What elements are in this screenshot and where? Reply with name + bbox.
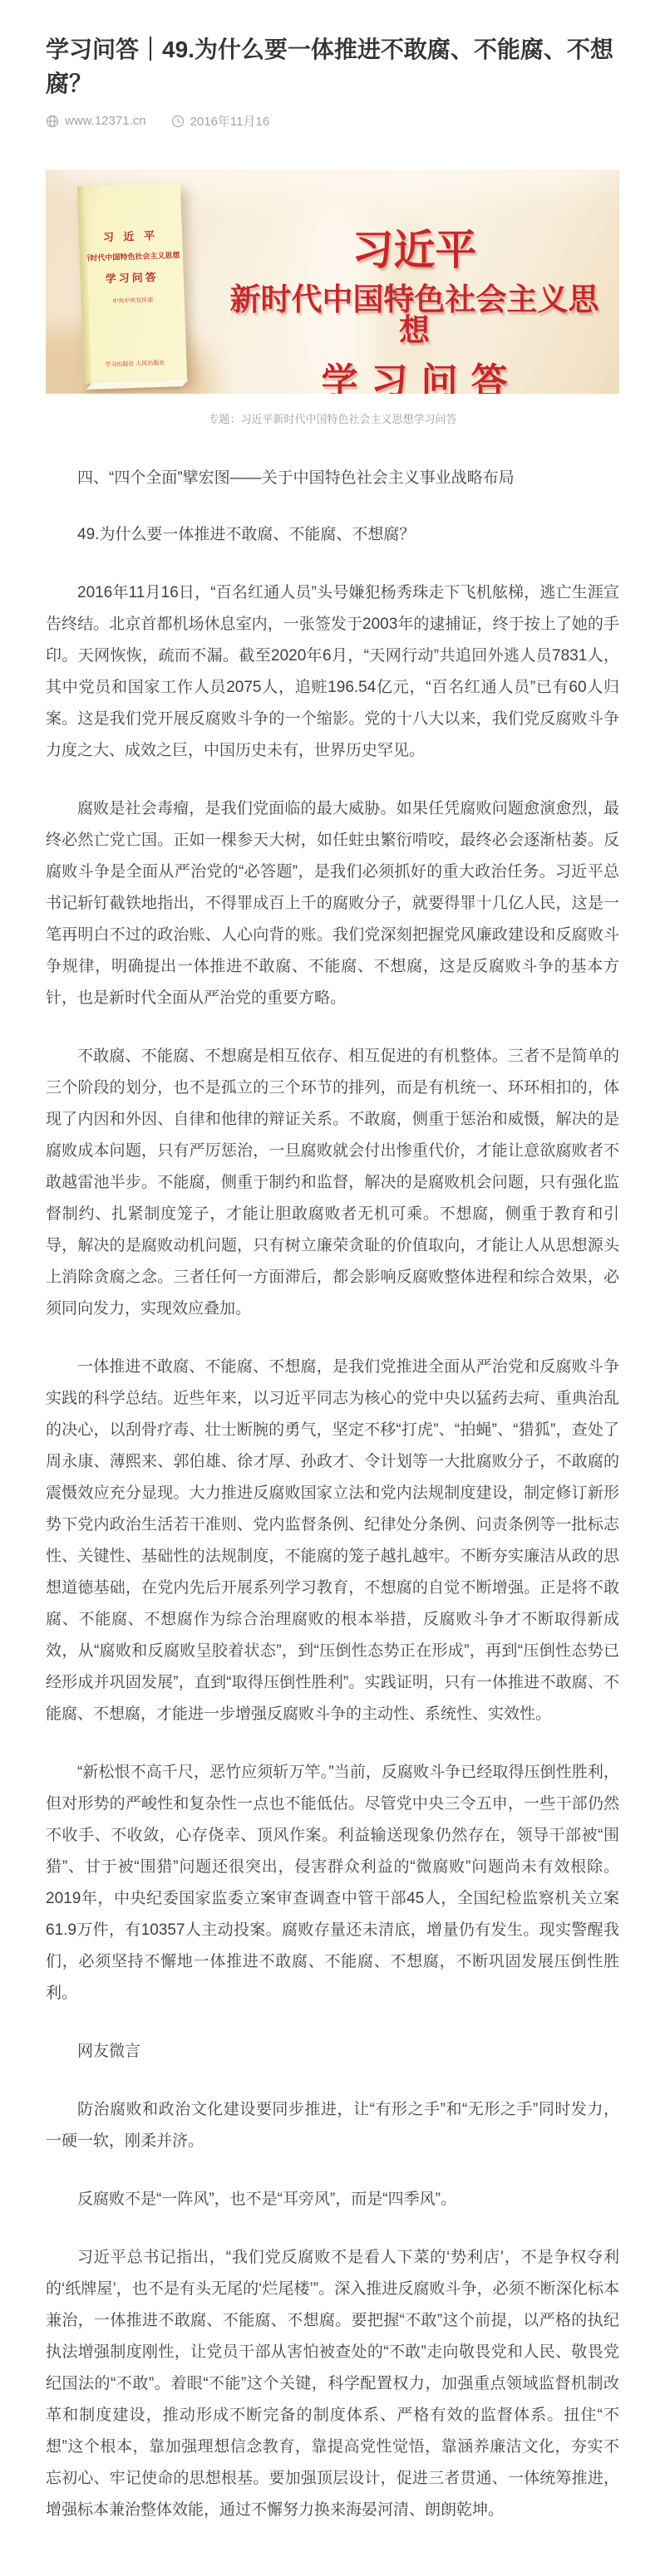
banner-image: 习 近 平 新时代中国特色社会主义思想 学习问答 中共中央宣传部 学习出版社 人…	[46, 169, 619, 394]
date-item: 2016年11月16	[171, 112, 270, 130]
date-text: 2016年11月16	[190, 112, 270, 130]
body-paragraph: 不敢腐、不能腐、不想腐是相互依存、相互促进的有机整体。三者不是简单的三个阶段的划…	[46, 1041, 619, 1325]
book-series: 新时代中国特色社会主义思想	[80, 249, 183, 263]
banner-title: 习近平 新时代中国特色社会主义思想 学习问答	[216, 229, 613, 394]
image-caption: 专题：习近平新时代中国特色社会主义思想学习问答	[46, 410, 619, 426]
weibo-heading: 网友微言	[46, 2036, 619, 2068]
page-title: 学习问答｜49.为什么要一体推进不敢腐、不能腐、不想腐？	[46, 33, 619, 101]
closing-paragraph: 习近平总书记指出，“我们党反腐败不是看人下菜的‘势利店’，不是争权夺利的‘纸牌屋…	[46, 2242, 619, 2526]
meta-row: www.12371.cn 2016年11月16	[46, 112, 619, 130]
globe-icon	[46, 115, 59, 128]
body-paragraph: “新松恨不高千尺，恶竹应须斩万竿。”当前，反腐败斗争已经取得压倒性胜利，但对形势…	[46, 1757, 619, 2009]
clock-icon	[171, 115, 185, 128]
body-paragraph: 2016年11月16日，“百名红通人员”头号嫌犯杨秀珠走下飞机舷梯，逃亡生涯宣告…	[46, 577, 619, 767]
weibo-comment: 防治腐败和政治文化建设要同步推进，让“有形之手”和“无形之手”同时发力，一硬一软…	[46, 2094, 619, 2157]
book-publishers: 学习出版社 人民出版社	[83, 358, 186, 371]
question-heading: 49.为什么要一体推进不敢腐、不能腐、不想腐？	[46, 519, 619, 551]
book-author: 习 近 平	[79, 226, 183, 245]
banner-title-line3: 学习问答	[216, 364, 613, 394]
article-page: 学习问答｜49.为什么要一体推进不敢腐、不能腐、不想腐？ www.12371.c…	[46, 0, 619, 2576]
book-name: 学习问答	[80, 267, 184, 287]
book-cover: 习 近 平 新时代中国特色社会主义思想 学习问答 中共中央宣传部 学习出版社 人…	[77, 183, 187, 384]
source-item: www.12371.cn	[46, 114, 146, 128]
section-heading: 四、“四个全面”擘宏图——关于中国特色社会主义事业战略布局	[46, 463, 619, 494]
weibo-comment: 反腐败不是“一阵风”，也不是“耳旁风”，而是“四季风”。	[46, 2184, 619, 2215]
body-paragraph: 腐败是社会毒瘤，是我们党面临的最大威胁。如果任凭腐败问题愈演愈烈，最终必然亡党亡…	[46, 793, 619, 1014]
body-paragraph: 一体推进不敢腐、不能腐、不想腐，是我们党推进全面从严治党和反腐败斗争实践的科学总…	[46, 1352, 619, 1730]
book-publisher-note: 中共中央宣传部	[81, 295, 185, 307]
source-text: www.12371.cn	[65, 114, 146, 128]
banner-title-line1: 习近平	[216, 229, 613, 271]
banner-title-line2: 新时代中国特色社会主义思想	[216, 284, 613, 346]
